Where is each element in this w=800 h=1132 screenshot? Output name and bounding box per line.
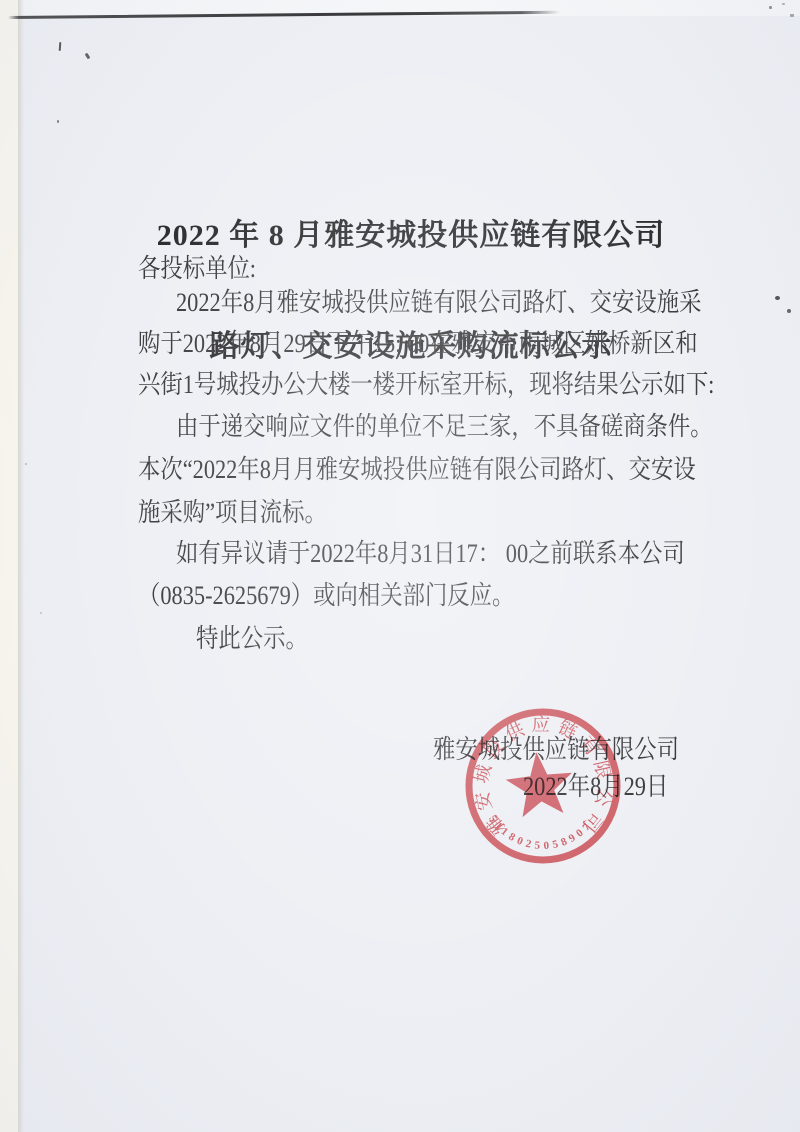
body-line: 2022年8月雅安城投供应链有限公司路灯、交安设施采	[176, 288, 701, 318]
scan-speck	[85, 53, 91, 60]
body-line-closing: 特此公示。	[196, 624, 308, 654]
seal-star-icon	[503, 749, 576, 819]
scan-speck	[25, 463, 27, 465]
scanned-notice-page: 2022 年 8 月雅安城投供应链有限公司 路灯、交安设施采购流标公示 各投标单…	[0, 0, 800, 1132]
body-line: （0835-2625679）或向相关部门反应。	[138, 581, 514, 611]
body-line: 本次“2022年8月月雅安城投供应链有限公司路灯、交安设	[138, 455, 696, 485]
scan-speck	[57, 120, 59, 123]
scan-speck	[59, 42, 62, 51]
scan-speck	[782, 3, 785, 5]
scan-speck	[40, 612, 42, 614]
scan-speck	[769, 6, 772, 9]
body-line: 施采购”项目流标。	[138, 498, 327, 528]
body-line: 购于2022年8月29日下午15: 00在雅安市雨城区姚桥新区和	[138, 329, 698, 359]
body-line: 如有异议请于2022年8月31日17： 00之前联系本公司	[176, 539, 685, 569]
official-seal: 雅安城投供应链有限公司 5118025058907	[461, 703, 625, 867]
document-title-line-1: 2022 年 8 月雅安城投供应链有限公司	[22, 217, 800, 254]
scan-speck	[790, 14, 794, 17]
scan-left-edge	[0, 0, 18, 1132]
body-line-salutation: 各投标单位:	[138, 254, 256, 284]
body-line: 兴街1号城投办公大楼一楼开标室开标，现将结果公示如下:	[138, 370, 714, 400]
body-line: 由于递交响应文件的单位不足三家，不具备磋商条件。	[176, 412, 713, 442]
